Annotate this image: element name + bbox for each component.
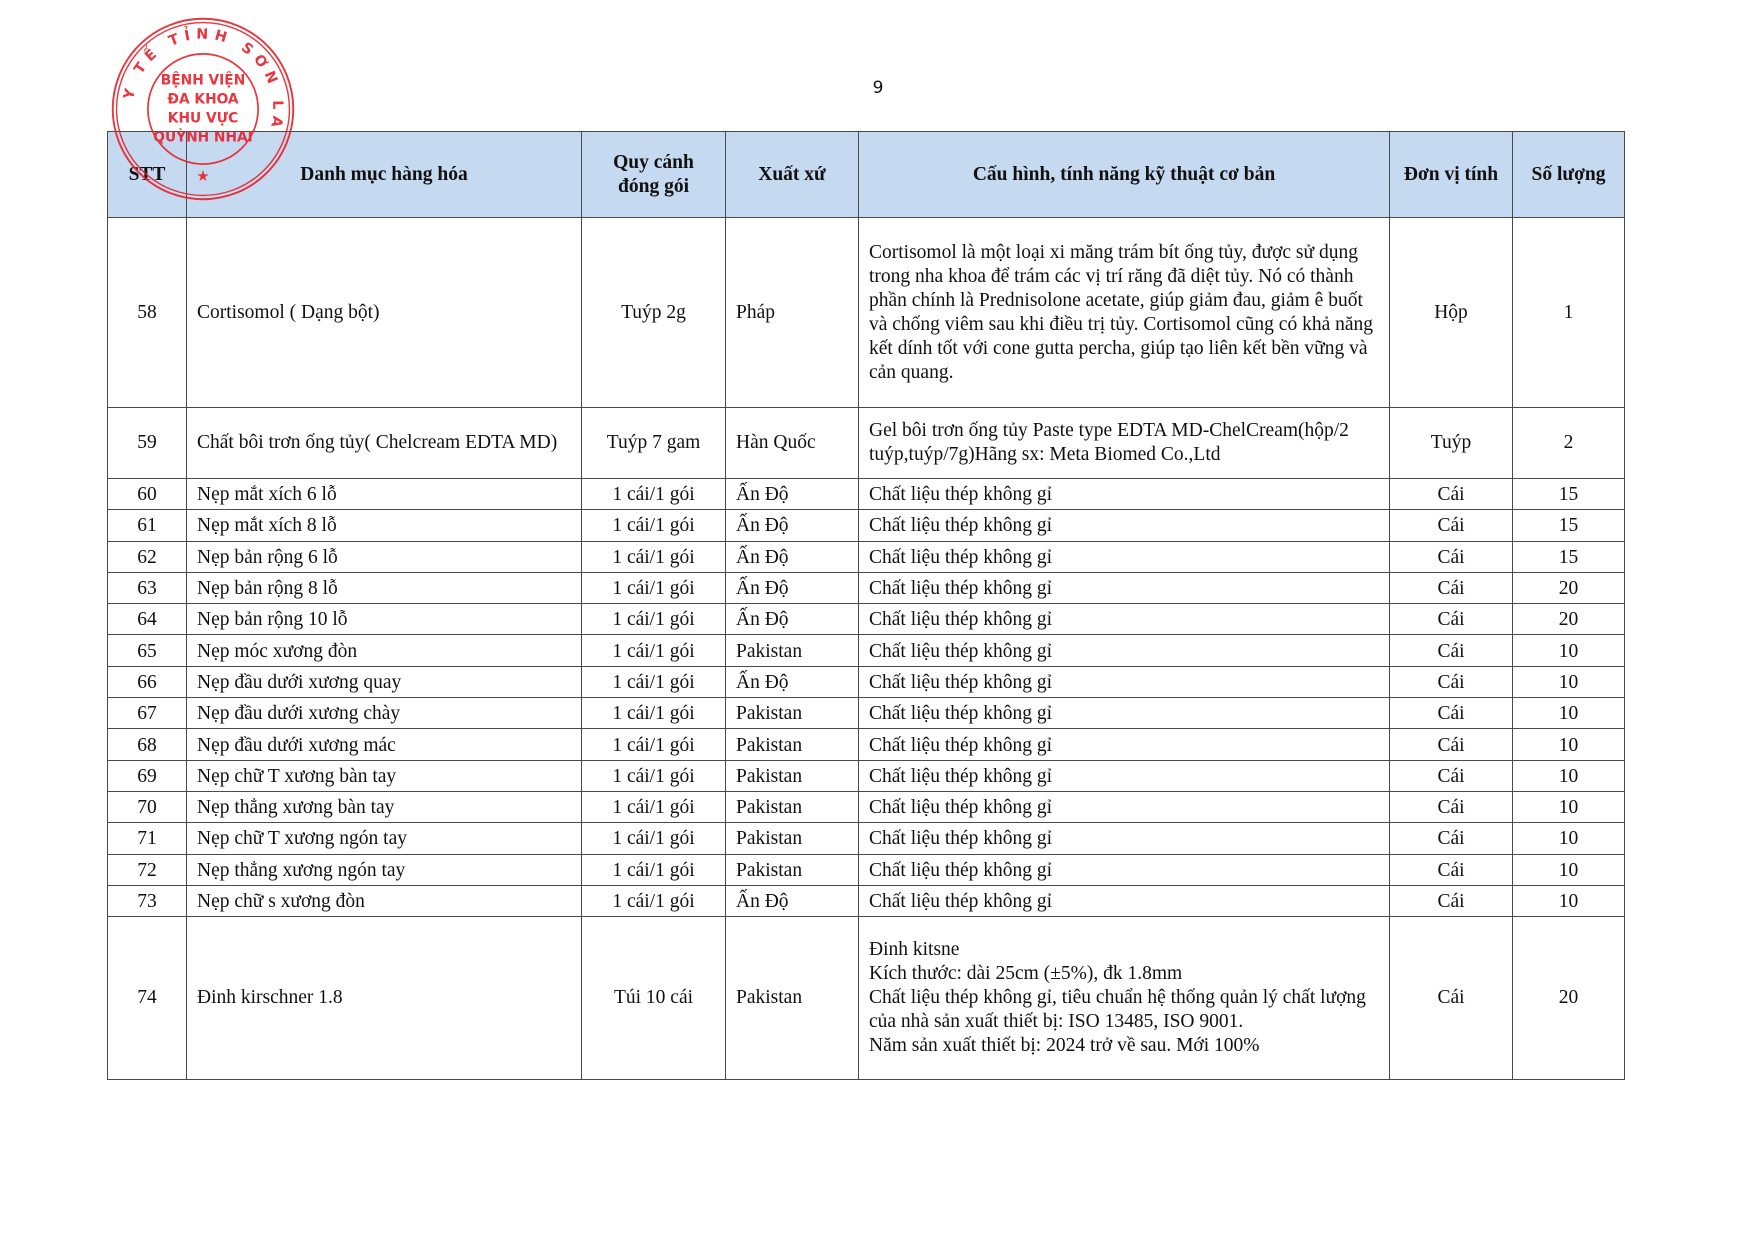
cell-unit: Cái: [1390, 604, 1513, 635]
spec-line: Đinh kitsne: [869, 938, 1379, 962]
table-row: 60Nẹp mắt xích 6 lỗ1 cái/1 góiẤn ĐộChất …: [108, 479, 1625, 510]
cell-quantity: 20: [1513, 604, 1625, 635]
cell-spec: Chất liệu thép không gỉ: [859, 885, 1390, 916]
cell-origin: Pakistan: [726, 729, 859, 760]
cell-name: Nẹp mắt xích 6 lỗ: [187, 479, 582, 510]
cell-name: Nẹp bản rộng 10 lỗ: [187, 604, 582, 635]
cell-packaging: 1 cái/1 gói: [582, 791, 726, 822]
cell-unit: Cái: [1390, 885, 1513, 916]
cell-unit: Cái: [1390, 823, 1513, 854]
cell-origin: Pakistan: [726, 698, 859, 729]
cell-stt: 64: [108, 604, 187, 635]
cell-packaging: 1 cái/1 gói: [582, 823, 726, 854]
header-name: Danh mục hàng hóa: [187, 132, 582, 218]
cell-unit: Cái: [1390, 666, 1513, 697]
cell-stt: 74: [108, 917, 187, 1080]
cell-spec: Cortisomol là một loại xi măng trám bít …: [859, 218, 1390, 408]
cell-spec: Chất liệu thép không gỉ: [859, 760, 1390, 791]
cell-name: Nẹp chữ s xương đòn: [187, 885, 582, 916]
cell-packaging: 1 cái/1 gói: [582, 885, 726, 916]
cell-quantity: 20: [1513, 572, 1625, 603]
cell-quantity: 10: [1513, 854, 1625, 885]
cell-unit: Cái: [1390, 854, 1513, 885]
cell-name: Nẹp chữ T xương ngón tay: [187, 823, 582, 854]
cell-spec: Chất liệu thép không gỉ: [859, 572, 1390, 603]
cell-unit: Cái: [1390, 541, 1513, 572]
cell-spec: Chất liệu thép không gỉ: [859, 541, 1390, 572]
cell-origin: Pakistan: [726, 760, 859, 791]
cell-spec: Chất liệu thép không gỉ: [859, 666, 1390, 697]
cell-stt: 66: [108, 666, 187, 697]
table-row: 71Nẹp chữ T xương ngón tay1 cái/1 góiPak…: [108, 823, 1625, 854]
goods-table: STT Danh mục hàng hóa Quy cánh đóng gói …: [107, 131, 1625, 1080]
cell-packaging: 1 cái/1 gói: [582, 698, 726, 729]
cell-packaging: Túi 10 cái: [582, 917, 726, 1080]
cell-quantity: 10: [1513, 823, 1625, 854]
table-row: 63Nẹp bản rộng 8 lỗ1 cái/1 góiẤn ĐộChất …: [108, 572, 1625, 603]
table-row: 65Nẹp móc xương đòn1 cái/1 góiPakistanCh…: [108, 635, 1625, 666]
header-packaging-line1: Quy cánh: [613, 152, 694, 173]
cell-origin: Pháp: [726, 218, 859, 408]
cell-name: Nẹp móc xương đòn: [187, 635, 582, 666]
stamp-line-3: KHU VỰC: [168, 110, 238, 126]
table-row: 74Đinh kirschner 1.8Túi 10 cáiPakistanĐi…: [108, 917, 1625, 1080]
cell-stt: 65: [108, 635, 187, 666]
header-unit: Đơn vị tính: [1390, 132, 1513, 218]
cell-unit: Cái: [1390, 698, 1513, 729]
table-row: 58Cortisomol ( Dạng bột)Tuýp 2gPhápCorti…: [108, 218, 1625, 408]
cell-name: Nẹp đầu dưới xương chày: [187, 698, 582, 729]
stamp-ring-text: Y TẾ TỈNH SƠN LA: [121, 24, 286, 134]
table-row: 61Nẹp mắt xích 8 lỗ1 cái/1 góiẤn ĐộChất …: [108, 510, 1625, 541]
cell-unit: Cái: [1390, 917, 1513, 1080]
cell-name: Đinh kirschner 1.8: [187, 917, 582, 1080]
cell-packaging: 1 cái/1 gói: [582, 635, 726, 666]
cell-origin: Pakistan: [726, 635, 859, 666]
cell-origin: Pakistan: [726, 854, 859, 885]
table-row: 67Nẹp đầu dưới xương chày1 cái/1 góiPaki…: [108, 698, 1625, 729]
cell-quantity: 10: [1513, 635, 1625, 666]
cell-packaging: 1 cái/1 gói: [582, 510, 726, 541]
cell-origin: Pakistan: [726, 917, 859, 1080]
cell-spec: Chất liệu thép không gỉ: [859, 635, 1390, 666]
cell-name: Nẹp bản rộng 6 lỗ: [187, 541, 582, 572]
header-spec: Cấu hình, tính năng kỹ thuật cơ bản: [859, 132, 1390, 218]
cell-name: Cortisomol ( Dạng bột): [187, 218, 582, 408]
cell-stt: 58: [108, 218, 187, 408]
cell-spec: Chất liệu thép không gỉ: [859, 823, 1390, 854]
cell-name: Nẹp đầu dưới xương quay: [187, 666, 582, 697]
cell-stt: 72: [108, 854, 187, 885]
header-packaging: Quy cánh đóng gói: [582, 132, 726, 218]
cell-spec: Chất liệu thép không gỉ: [859, 479, 1390, 510]
stamp-line-2: ĐA KHOA: [167, 91, 239, 107]
cell-origin: Ấn Độ: [726, 666, 859, 697]
cell-packaging: 1 cái/1 gói: [582, 572, 726, 603]
cell-origin: Ấn Độ: [726, 572, 859, 603]
cell-name: Nẹp đầu dưới xương mác: [187, 729, 582, 760]
cell-stt: 60: [108, 479, 187, 510]
cell-quantity: 10: [1513, 760, 1625, 791]
cell-name: Nẹp bản rộng 8 lỗ: [187, 572, 582, 603]
cell-stt: 63: [108, 572, 187, 603]
table-header-row: STT Danh mục hàng hóa Quy cánh đóng gói …: [108, 132, 1625, 218]
cell-stt: 59: [108, 408, 187, 479]
cell-stt: 67: [108, 698, 187, 729]
cell-unit: Cái: [1390, 760, 1513, 791]
cell-spec: Đinh kitsneKích thước: dài 25cm (±5%), đ…: [859, 917, 1390, 1080]
cell-spec: Chất liệu thép không gỉ: [859, 854, 1390, 885]
cell-origin: Ấn Độ: [726, 479, 859, 510]
table-row: 69Nẹp chữ T xương bàn tay1 cái/1 góiPaki…: [108, 760, 1625, 791]
header-quantity: Số lượng: [1513, 132, 1625, 218]
cell-packaging: 1 cái/1 gói: [582, 729, 726, 760]
svg-text:Y TẾ TỈNH SƠN LA: Y TẾ TỈNH SƠN LA: [121, 24, 286, 134]
cell-origin: Pakistan: [726, 791, 859, 822]
cell-stt: 68: [108, 729, 187, 760]
cell-packaging: 1 cái/1 gói: [582, 604, 726, 635]
cell-packaging: 1 cái/1 gói: [582, 760, 726, 791]
cell-packaging: 1 cái/1 gói: [582, 854, 726, 885]
cell-quantity: 1: [1513, 218, 1625, 408]
cell-spec: Chất liệu thép không gỉ: [859, 604, 1390, 635]
header-stt: STT: [108, 132, 187, 218]
cell-quantity: 2: [1513, 408, 1625, 479]
cell-name: Nẹp thẳng xương bàn tay: [187, 791, 582, 822]
header-packaging-line2: đóng gói: [618, 176, 689, 197]
cell-spec: Chất liệu thép không gỉ: [859, 791, 1390, 822]
cell-packaging: 1 cái/1 gói: [582, 666, 726, 697]
cell-spec: Chất liệu thép không gỉ: [859, 698, 1390, 729]
cell-spec: Gel bôi trơn ống tủy Paste type EDTA MD-…: [859, 408, 1390, 479]
cell-stt: 62: [108, 541, 187, 572]
cell-quantity: 10: [1513, 729, 1625, 760]
header-origin: Xuất xứ: [726, 132, 859, 218]
cell-stt: 61: [108, 510, 187, 541]
cell-origin: Pakistan: [726, 823, 859, 854]
cell-unit: Tuýp: [1390, 408, 1513, 479]
cell-stt: 73: [108, 885, 187, 916]
cell-packaging: Tuýp 7 gam: [582, 408, 726, 479]
cell-origin: Hàn Quốc: [726, 408, 859, 479]
cell-quantity: 10: [1513, 666, 1625, 697]
cell-stt: 69: [108, 760, 187, 791]
spec-line: Chất liệu thép không gỉ, tiêu chuẩn hệ t…: [869, 986, 1379, 1034]
cell-quantity: 15: [1513, 510, 1625, 541]
cell-stt: 70: [108, 791, 187, 822]
cell-quantity: 20: [1513, 917, 1625, 1080]
cell-origin: Ấn Độ: [726, 510, 859, 541]
cell-name: Chất bôi trơn ống tủy( Chelcream EDTA MD…: [187, 408, 582, 479]
table-row: 62Nẹp bản rộng 6 lỗ1 cái/1 góiẤn ĐộChất …: [108, 541, 1625, 572]
cell-unit: Cái: [1390, 791, 1513, 822]
table-row: 70Nẹp thẳng xương bàn tay1 cái/1 góiPaki…: [108, 791, 1625, 822]
cell-packaging: 1 cái/1 gói: [582, 541, 726, 572]
cell-name: Nẹp thẳng xương ngón tay: [187, 854, 582, 885]
cell-quantity: 15: [1513, 541, 1625, 572]
table-row: 59Chất bôi trơn ống tủy( Chelcream EDTA …: [108, 408, 1625, 479]
table-row: 73Nẹp chữ s xương đòn1 cái/1 góiẤn ĐộChấ…: [108, 885, 1625, 916]
cell-packaging: Tuýp 2g: [582, 218, 726, 408]
cell-unit: Cái: [1390, 510, 1513, 541]
cell-quantity: 10: [1513, 698, 1625, 729]
cell-name: Nẹp chữ T xương bàn tay: [187, 760, 582, 791]
cell-spec: Chất liệu thép không gỉ: [859, 729, 1390, 760]
table-body: 58Cortisomol ( Dạng bột)Tuýp 2gPhápCorti…: [108, 218, 1625, 1080]
cell-quantity: 10: [1513, 885, 1625, 916]
table-row: 64Nẹp bản rộng 10 lỗ1 cái/1 góiẤn ĐộChất…: [108, 604, 1625, 635]
cell-stt: 71: [108, 823, 187, 854]
cell-origin: Ấn Độ: [726, 541, 859, 572]
table-row: 72Nẹp thẳng xương ngón tay1 cái/1 góiPak…: [108, 854, 1625, 885]
cell-origin: Ấn Độ: [726, 885, 859, 916]
table-row: 68Nẹp đầu dưới xương mác1 cái/1 góiPakis…: [108, 729, 1625, 760]
cell-quantity: 10: [1513, 791, 1625, 822]
page-number: 9: [868, 78, 888, 98]
cell-packaging: 1 cái/1 gói: [582, 479, 726, 510]
cell-origin: Ấn Độ: [726, 604, 859, 635]
spec-line: Năm sản xuất thiết bị: 2024 trở về sau. …: [869, 1034, 1379, 1058]
cell-quantity: 15: [1513, 479, 1625, 510]
cell-unit: Cái: [1390, 479, 1513, 510]
cell-unit: Cái: [1390, 635, 1513, 666]
stamp-line-1: BỆNH VIỆN: [161, 70, 245, 88]
cell-unit: Hộp: [1390, 218, 1513, 408]
cell-name: Nẹp mắt xích 8 lỗ: [187, 510, 582, 541]
cell-unit: Cái: [1390, 729, 1513, 760]
cell-unit: Cái: [1390, 572, 1513, 603]
table-row: 66Nẹp đầu dưới xương quay1 cái/1 góiẤn Đ…: [108, 666, 1625, 697]
cell-spec: Chất liệu thép không gỉ: [859, 510, 1390, 541]
spec-line: Kích thước: dài 25cm (±5%), đk 1.8mm: [869, 962, 1379, 986]
